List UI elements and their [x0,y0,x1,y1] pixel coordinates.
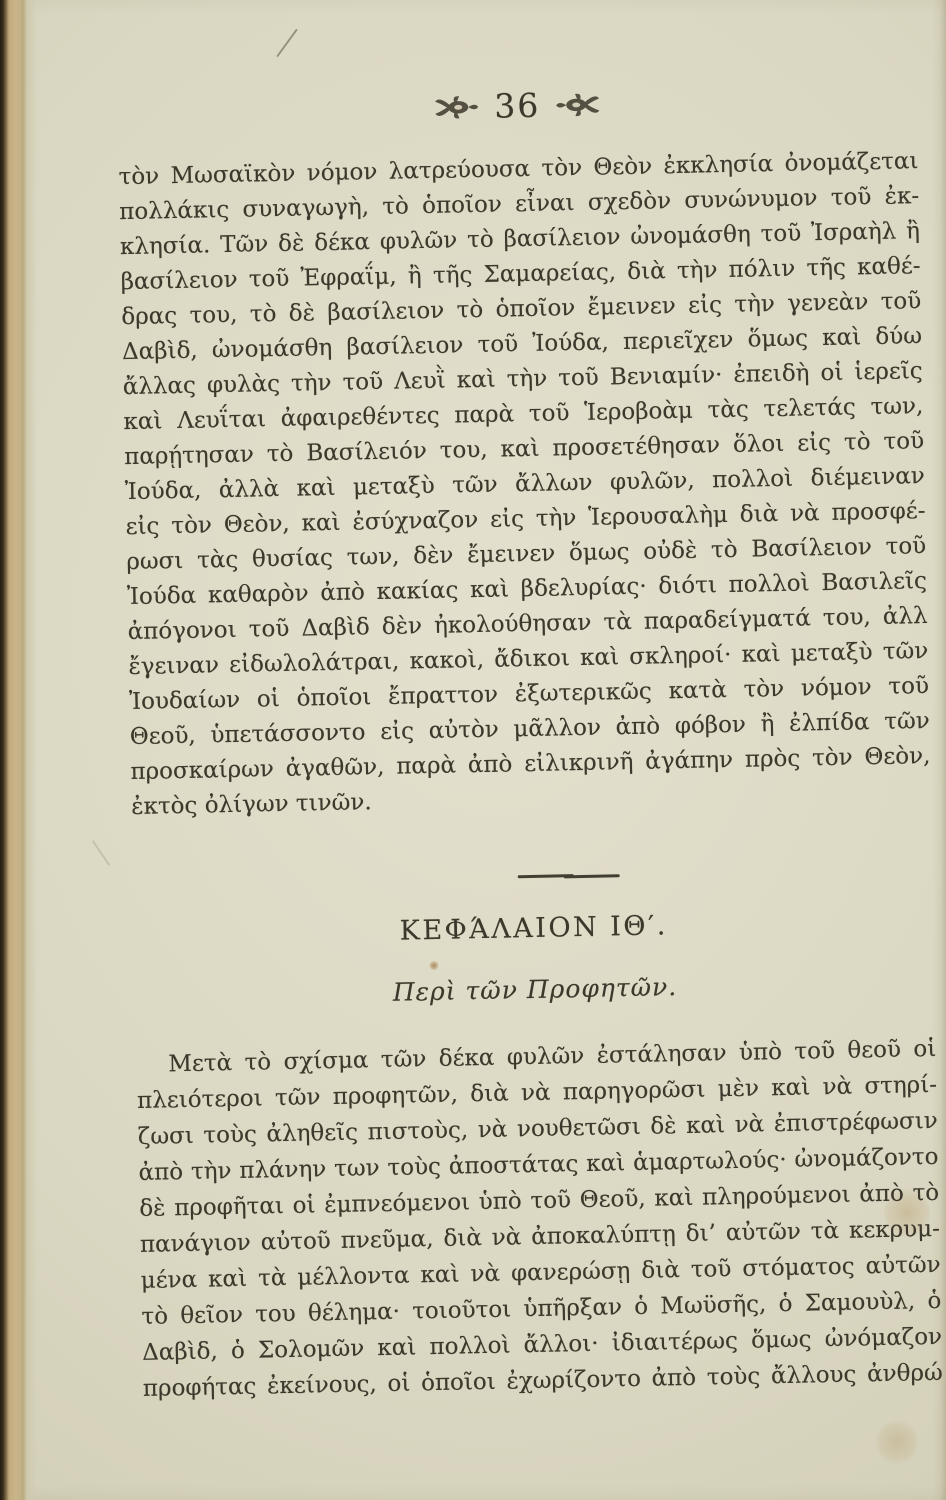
body-paragraph-1: τὸν Μωσαϊκὸν νόμον λατρεύουσα τὸν Θεὸν ἐ… [118,144,931,825]
book-gutter-edge [0,0,40,1500]
scratch-mark [276,29,298,58]
divider-dash [564,874,620,878]
scanned-book-page: 36 τὸν Μωσαϊκὸν νόμον λατρεύουσα τὸν Θεὸ… [0,0,946,1500]
fleuron-icon [433,94,480,121]
foxing-spot [876,1420,918,1464]
page-header: 36 [117,76,918,136]
page-content: 36 τὸν Μωσαϊκὸν νόμον λατρεύουσα τὸν Θεὸ… [117,76,943,1407]
body-paragraph-2: Μετὰ τὸ σχίσμα τῶν δέκα φυλῶν ἐστάλησαν … [136,1031,943,1407]
page-number: 36 [494,84,541,129]
scratch-mark [92,840,110,866]
fleuron-icon [555,91,602,118]
chapter-heading: ΚΕΦΆΛΑΙΟΝ ΙΘ′. [133,903,934,955]
section-divider [518,873,620,879]
chapter-subtitle: Περὶ τῶν Προφητῶν. [135,965,936,1015]
